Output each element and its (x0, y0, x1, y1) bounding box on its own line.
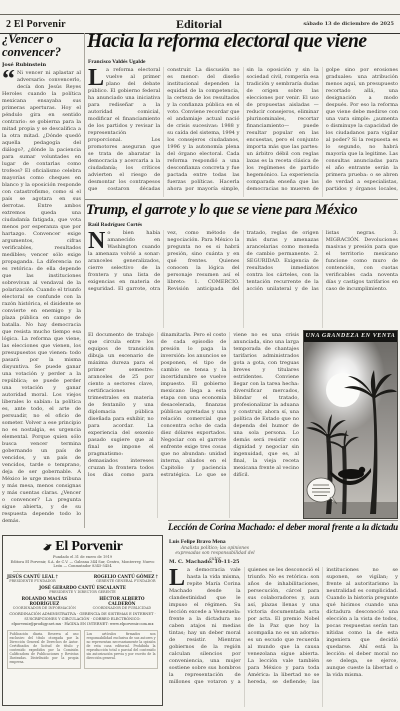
coordinator-1: ROLANDO MACÍAS RODRÍGUEZ COORDINADOR DE … (7, 596, 82, 610)
fineprint-legal: Publicación diaria. Reserva al uso exclu… (7, 630, 81, 669)
left-article-byline: José Rubinstein (2, 62, 81, 68)
trump-top-rule (85, 199, 398, 200)
bird-logo-icon (42, 542, 53, 553)
masthead-coordinators-row: ROLANDO MACÍAS RODRÍGUEZ COORDINADOR DE … (7, 596, 158, 610)
coordinator-1-role: COORDINADOR DE INFORMACIÓN (7, 606, 82, 610)
trump-article-byline: Raúl Rodríguez Cortés (88, 222, 238, 228)
trump-article-body-top: No bien había amanecido en Washington cu… (88, 230, 398, 328)
machado-top-rule (168, 520, 398, 521)
left-opinion-article: ¿Vencer o convencer? José Rubinstein “Ni… (2, 33, 81, 530)
trump-article-dropcap: N (88, 230, 107, 251)
founder-2-role: GERENTE GENERAL FUNDADOR (94, 579, 158, 583)
founder-1-role: PRESIDENTE FUNDADOR (7, 579, 58, 583)
masthead-president: JOSÉ GERARDO CANTÚ ESCALANTE PRESIDENTE … (7, 585, 158, 594)
column-divider-rule (84, 33, 85, 528)
founder-2: ROGELIO CANTÚ GÓMEZ † GERENTE GENERAL FU… (94, 574, 158, 583)
page-date: sábado 13 de diciembre de 2025 (282, 21, 400, 27)
machado-dropcap: L (169, 567, 187, 588)
coordinator-2-role: COORDINADOR DE PUBLICIDAD (86, 606, 158, 610)
machado-headline: Lección de Corina Machado: el deber mora… (168, 523, 398, 537)
masthead-fineprint: Publicación diaria. Reserva al uso exclu… (7, 630, 158, 669)
edition-label: 2 El Porvenir (0, 19, 116, 30)
trump-article-text-bottom: El documento de trabajo que circula entr… (88, 332, 299, 478)
machado-dateline: M. C. Machado: 10-11-25 (169, 559, 261, 565)
fineprint-disclaimer: Los artículos firmados son responsabilid… (84, 630, 158, 669)
main-article-byline: Francisco Valdés Ugalde (88, 59, 238, 65)
masthead-separator (13, 571, 152, 572)
machado-article-text: a democracia vale hasta la vida misma, r… (169, 567, 398, 685)
main-article-body: La reforma electoral vuelve al primer pl… (88, 67, 398, 197)
machado-byline: Luis Felipe Bravo Mena (169, 539, 264, 545)
main-article-dropcap: L (88, 67, 106, 88)
main-article-text: a reforma electoral vuelve al primer pla… (88, 67, 398, 192)
coordinator-2: HÉCTOR ALBERTO CALDERÓN COORDINADOR DE P… (86, 596, 158, 610)
machado-article-body: La democracia vale hasta la vida misma, … (169, 567, 398, 707)
left-article-text: Ni vencer ni aplastar al adversario: con… (2, 70, 81, 524)
cartoon-title: Una grandeza en venta (304, 331, 397, 342)
left-article-title: ¿Vencer o convencer? (2, 33, 81, 59)
trump-article-body-bottom: El documento de trabajo que circula entr… (88, 332, 299, 518)
quote-mark-glyph: “ (2, 70, 17, 88)
masthead-departments: COORDINACIÓN ADMINISTRATIVA · GERENCIA D… (7, 612, 158, 626)
masthead-company: Editora El Porvenir, S.A. de C.V. — Gale… (7, 560, 158, 569)
president-role: PRESIDENTE Y DIRECTOR GERENTE (7, 590, 158, 594)
cartoon-image (304, 342, 397, 518)
trump-headline: Trump, el garrote y lo que se viene para… (86, 202, 398, 220)
masthead-title: El Porvenir (55, 539, 122, 555)
masthead-founders-row: JESÚS CANTÚ LEAL † PRESIDENTE FUNDADOR R… (7, 574, 158, 583)
coordinator-1-name: ROLANDO MACÍAS RODRÍGUEZ (7, 596, 82, 606)
masthead-box: El Porvenir Fundado el 31 de enero de 19… (2, 535, 163, 706)
main-headline: Hacia la reforma electoral que viene (87, 31, 398, 57)
left-article-body: “Ni vencer ni aplastar al adversario: co… (2, 70, 81, 525)
trump-article-text-top: o bien había amanecido en Washington cua… (88, 230, 398, 292)
editorial-cartoon: Una grandeza en venta (303, 330, 398, 519)
section-title: Editorial (116, 17, 282, 32)
coordinator-2-name: HÉCTOR ALBERTO CALDERÓN (86, 596, 158, 606)
founder-1: JESÚS CANTÚ LEAL † PRESIDENTE FUNDADOR (7, 574, 58, 583)
masthead-logo: El Porvenir (7, 539, 158, 555)
